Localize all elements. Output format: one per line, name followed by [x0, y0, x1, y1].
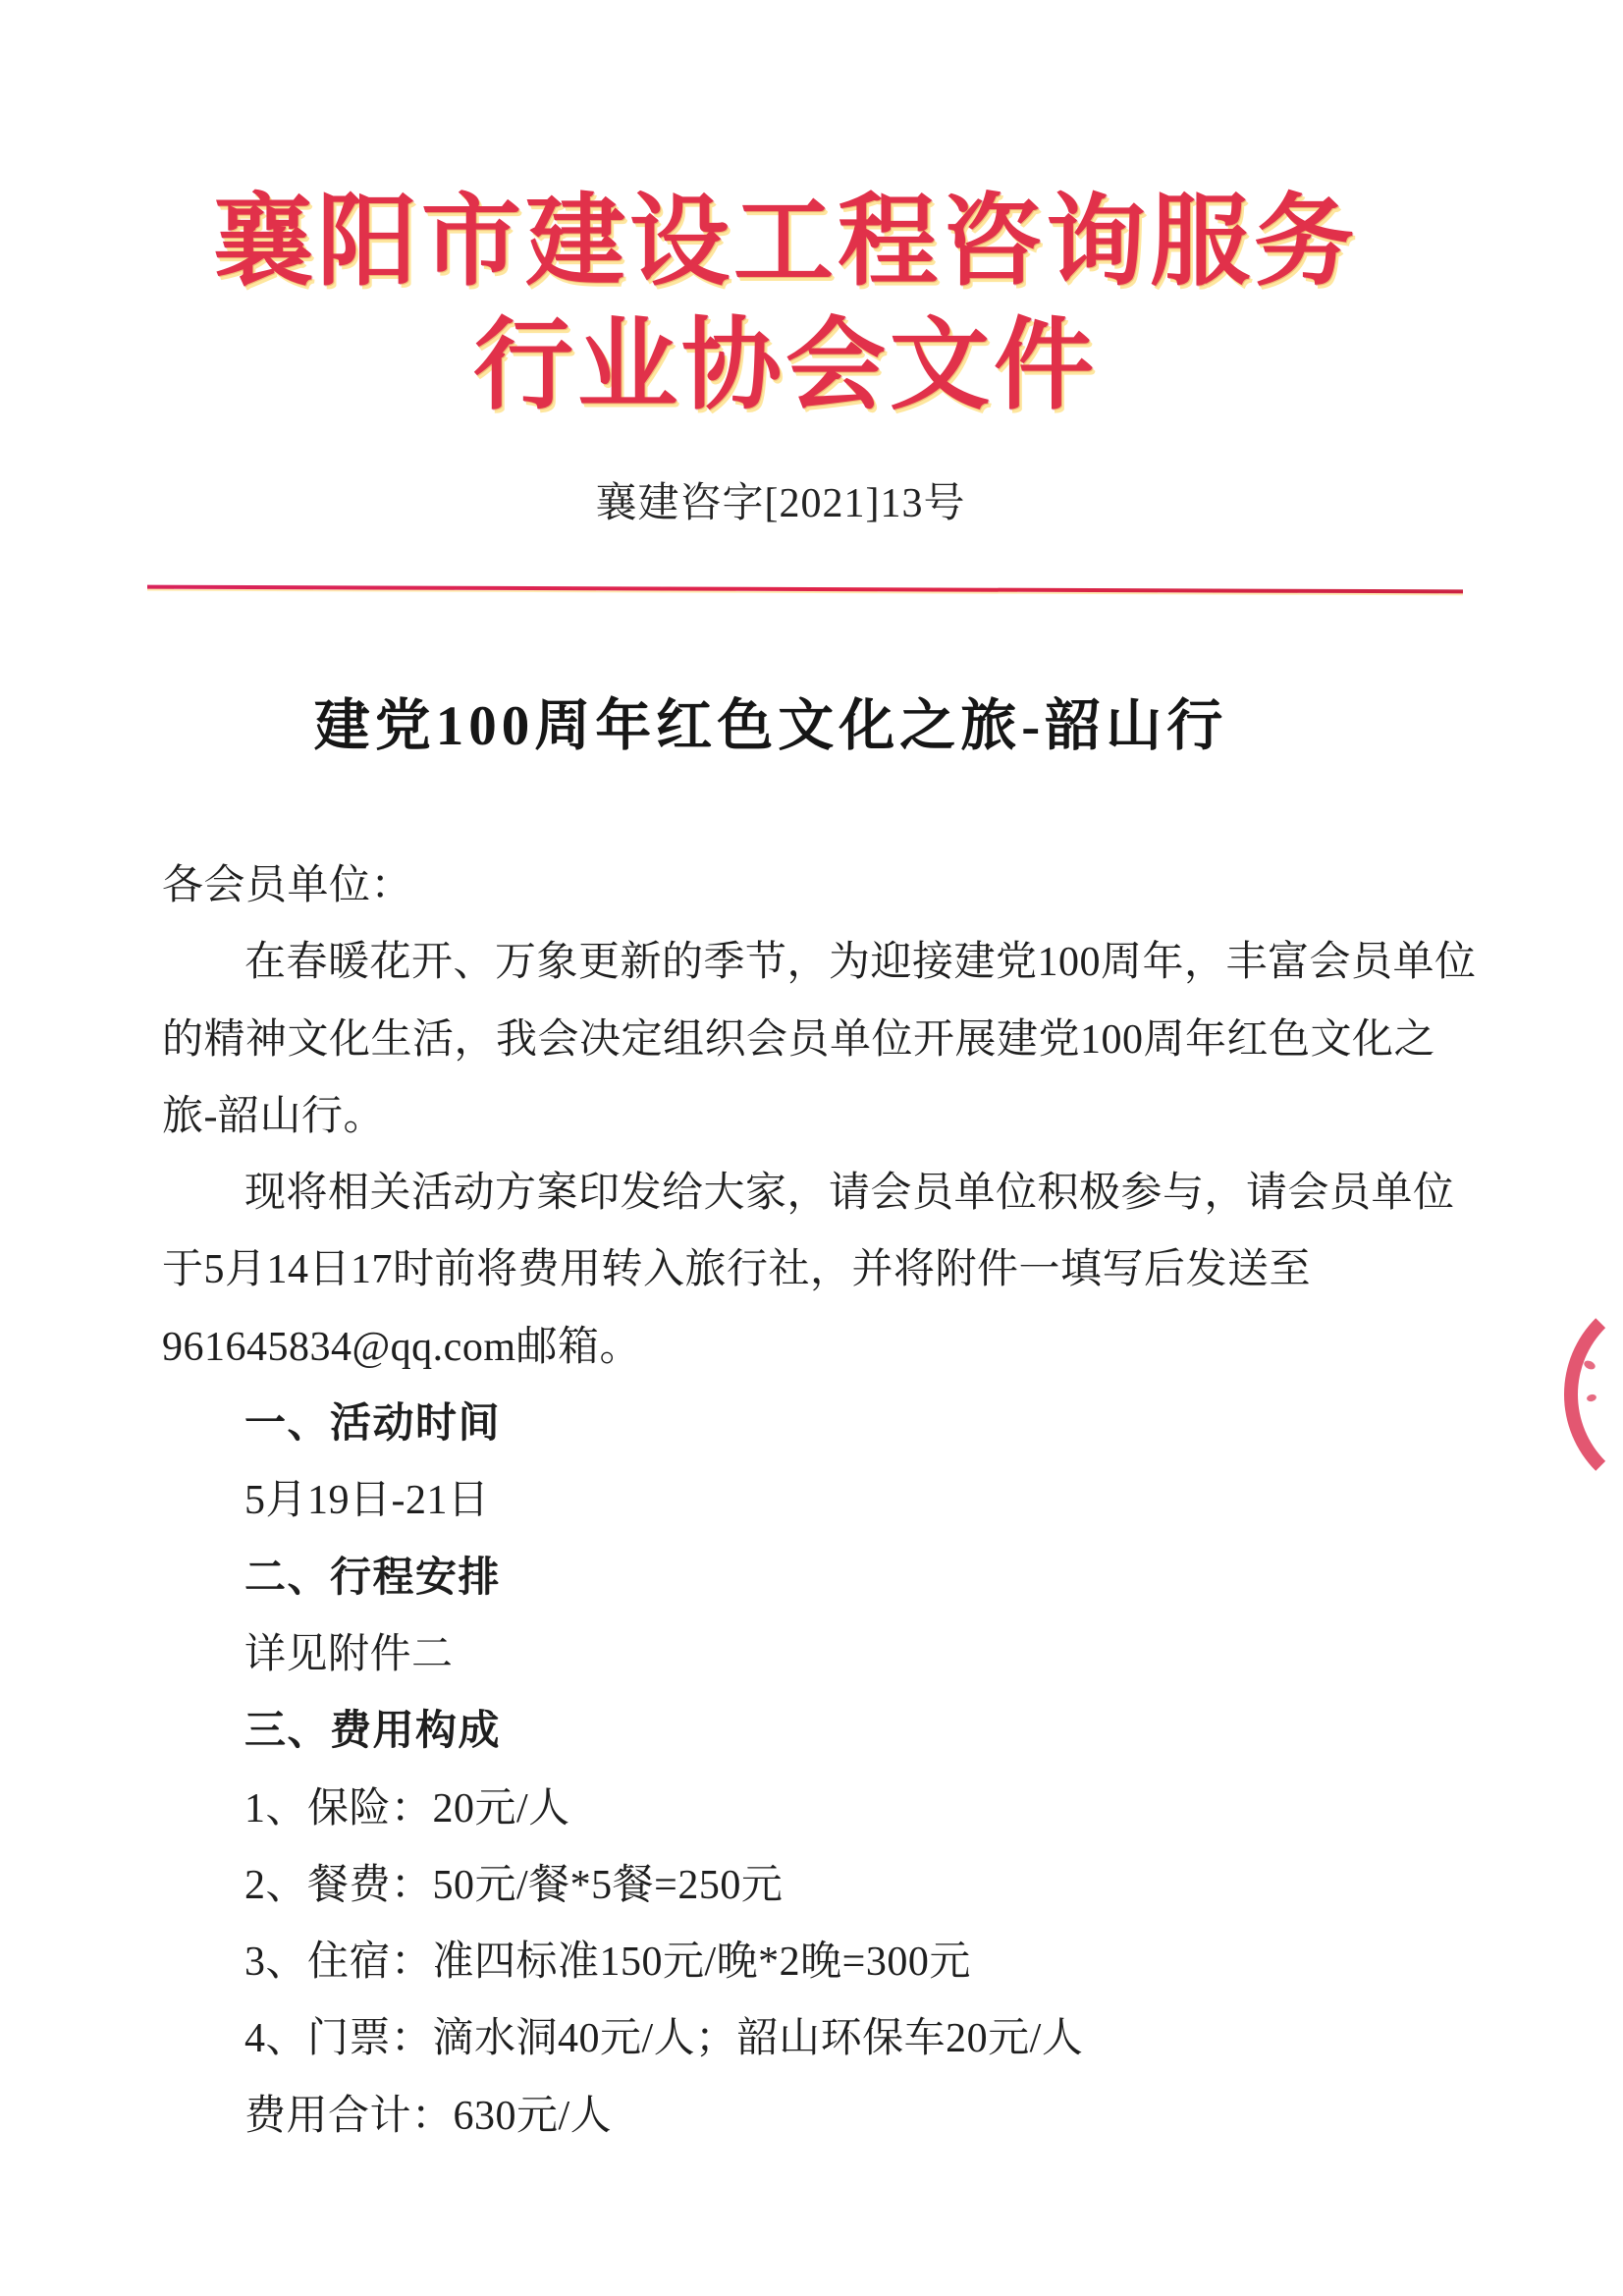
- scanned-document-page: 襄阳市建设工程咨询服务 行业协会文件 襄建咨字[2021]13号 建党100周年…: [0, 0, 1623, 2296]
- body-line: 2、餐费：50元/餐*5餐=250元: [162, 1847, 1474, 1924]
- masthead-line2: 行业协会文件: [0, 305, 1571, 429]
- body-line: 旅-韶山行。: [162, 1078, 1474, 1155]
- body-line: 于5月14日17时前将费用转入旅行社，并将附件一填写后发送至: [162, 1231, 1474, 1308]
- body-line: 费用合计：630元/人: [162, 2078, 1474, 2155]
- body-line: 的精神文化生活，我会决定组织会员单位开展建党100周年红色文化之: [162, 1002, 1474, 1078]
- document-title: 建党100周年红色文化之旅-韶山行: [0, 687, 1542, 766]
- document-body: 各会员单位：在春暖花开、万象更新的季节，为迎接建党100周年，丰富会员单位的精神…: [162, 847, 1474, 2155]
- body-line: 各会员单位：: [162, 847, 1474, 924]
- body-line: 三、费用构成: [162, 1693, 1474, 1770]
- body-line: 5月19日-21日: [162, 1462, 1474, 1539]
- body-line: 3、住宿：准四标准150元/晚*2晚=300元: [162, 1924, 1474, 2000]
- red-masthead: 襄阳市建设工程咨询服务 行业协会文件: [0, 182, 1571, 429]
- masthead-line1: 襄阳市建设工程咨询服务: [0, 182, 1571, 305]
- red-divider-line: [147, 585, 1463, 594]
- body-line: 1、保险：20元/人: [162, 1771, 1474, 1847]
- body-line: 在春暖花开、万象更新的季节，为迎接建党100周年，丰富会员单位: [162, 924, 1474, 1001]
- body-line: 二、行程安排: [162, 1540, 1474, 1616]
- body-line: 4、门票：滴水洞40元/人；韶山环保车20元/人: [162, 2000, 1474, 2077]
- document-number: 襄建咨字[2021]13号: [0, 473, 1561, 534]
- body-line: 详见附件二: [162, 1616, 1474, 1693]
- body-line: 现将相关活动方案印发给大家，请会员单位积极参与，请会员单位: [162, 1155, 1474, 1231]
- body-line: 一、活动时间: [162, 1386, 1474, 1462]
- body-line: 961645834@qq.com邮箱。: [162, 1309, 1474, 1386]
